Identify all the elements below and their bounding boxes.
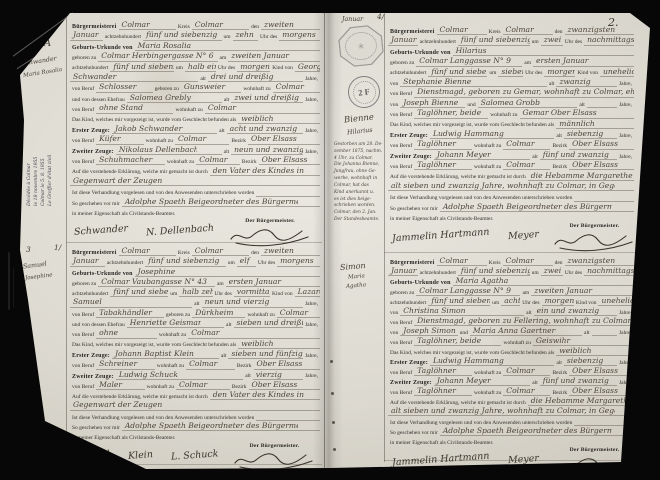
- handwritten-entry: sieben und fünfzig: [228, 350, 303, 359]
- form-line: von BerufDienstmagd, geboren zu Fellerin…: [388, 316, 634, 326]
- rule-line: [298, 429, 320, 431]
- printed-form-text: Auf die vorstehende Erklärung, welche mi…: [70, 395, 210, 401]
- form-line: Erster Zeuge:Ludwig HammangaltsiebenzigJ…: [388, 129, 634, 139]
- handwritten-entry: zwei und dreißig: [231, 94, 303, 103]
- form-line: von BerufTaglöhnerwohnhaft zuColmarBezir…: [388, 139, 634, 149]
- printed-form-text: von: [388, 311, 400, 317]
- handwritten-entry: fünf und siebenzig: [143, 31, 221, 40]
- printed-form-text: Kreis: [487, 30, 503, 36]
- handwritten-entry: Taglöhner: [414, 387, 472, 396]
- form-line: Erster Zeuge:Johann Baptist Kleinaltsieb…: [70, 349, 320, 359]
- handwritten-signature: Jammelin Hartmann: [392, 227, 490, 245]
- form-line: alt sieben und zwanzig Jahre, wohnhaft z…: [388, 406, 634, 416]
- archival-scan: { "meta": { "page_corner_number": "2.", …: [0, 0, 660, 480]
- handwritten-entry: Januar: [388, 267, 418, 276]
- handwritten-entry: morgens: [279, 31, 320, 40]
- form-line: Schwanderaltdrei und dreißigJahre,: [70, 72, 320, 82]
- fold-line: [324, 13, 325, 468]
- printed-form-text: in meiner Eigenschaft als Civilstands-Be…: [388, 217, 495, 223]
- handwritten-entry: Lazard: [295, 288, 320, 297]
- form-line: geboren zuColmar Langgasse N° 9amzweiten…: [388, 286, 634, 296]
- printed-form-text: Jahre,: [303, 302, 320, 308]
- rule-line: [244, 49, 320, 51]
- printed-form-text: Jahre,: [617, 361, 634, 367]
- printed-form-text: von: [388, 331, 400, 337]
- printed-form-text: von Beruf: [70, 333, 96, 339]
- printed-form-text: Ist diese Verhandlung vorgelesen und von…: [388, 421, 574, 427]
- form-line: Ist diese Verhandlung vorgelesen und von…: [70, 186, 320, 196]
- printed-form-text: Jahre,: [617, 311, 634, 317]
- printed-form-text: wohnhaft zu: [157, 333, 188, 339]
- margin-entry-no-right: 4/: [377, 12, 384, 21]
- printed-form-text: in meiner Eigenschaft als Civilstands-Be…: [70, 436, 177, 442]
- form-line: Auf die vorstehende Erklärung, welche mi…: [70, 390, 320, 400]
- handwritten-entry: Ober Elsass: [254, 360, 320, 369]
- form-line: vonStephanie BiennealtzwanzigJahre,: [388, 77, 634, 87]
- handwritten-entry: Adolphe Spaeth Beigeordneter des Bürgerm…: [440, 427, 612, 436]
- margin-name-bienne: Bienne: [344, 112, 375, 125]
- printed-form-text: von Beruf: [70, 160, 96, 166]
- form-line: Geburts-Urkunde vonMaria Rosalia: [70, 41, 320, 51]
- printed-form-text: um: [174, 66, 185, 72]
- handwritten-entry: Adolphe Spaeth Beigeordneter des Bürgerm…: [440, 203, 612, 212]
- rule-line: [289, 285, 320, 287]
- note-line: Décédée à Colmar: [27, 106, 34, 206]
- handwritten-entry: unehelich: [600, 68, 634, 77]
- printed-form-text: Bezirk: [550, 391, 569, 397]
- handwritten-entry: weiblich: [238, 340, 320, 349]
- printed-form-text: alt: [577, 103, 587, 109]
- printed-form-text: So geschehen vor mir: [388, 207, 440, 213]
- printed-form-text: Jahre,: [617, 155, 634, 161]
- printed-form-text: Jahre,: [303, 150, 320, 156]
- rule-line: [195, 101, 222, 103]
- handwritten-entry: Dienstmagd, geboren zu Gemar, wohnhaft z…: [414, 88, 634, 97]
- form-line: geboren zuColmar Langgasse N° 9amersten …: [388, 56, 634, 66]
- form-line: von BerufTabakhändlergeboren zuDürkheimw…: [70, 308, 320, 318]
- handwritten-entry: neun und vierzig: [202, 298, 303, 307]
- form-line: Erster Zeuge:Ludwig HammangaltsiebenzigJ…: [388, 356, 634, 366]
- handwritten-entry: Maria Anna Gaertner: [470, 327, 557, 336]
- printed-form-text: Bezirk: [229, 139, 248, 145]
- birth-record-right-top: BürgermeistereiColmarKreisColmardenzwanz…: [388, 25, 634, 250]
- printed-form-text: Uhr des: [216, 66, 237, 72]
- handwritten-entry: Colmar: [192, 247, 249, 256]
- form-line: BürgermeistereiColmarKreisColmardenzweit…: [70, 20, 320, 30]
- buergermeister-signature-block: Der Bürgermeister.: [228, 219, 312, 247]
- printed-form-label: Zweiter Zeuge:: [70, 374, 116, 380]
- margin-index-letter: A: [44, 38, 51, 49]
- handwritten-entry: nachmittags: [584, 267, 634, 276]
- handwritten-entry: Colmar: [437, 257, 487, 266]
- printed-form-text: und: [458, 331, 470, 337]
- handwritten-entry: fünf und zwanzig: [540, 151, 617, 160]
- handwritten-entry: Gemar Ober Elsass: [520, 109, 604, 118]
- printed-form-text: am: [522, 61, 533, 67]
- buergermeister-signature-flourish: [232, 449, 316, 471]
- handwritten-entry: zehn: [233, 31, 258, 40]
- form-line: Geburts-Urkunde vonHilarius: [388, 46, 634, 56]
- handwritten-entry: Schreiner: [96, 360, 155, 369]
- printed-form-text: achtzehnhundert: [70, 292, 110, 298]
- handwritten-entry: den Vater des Kindes in: [210, 167, 320, 176]
- printed-form-text: alt: [219, 354, 229, 360]
- rule-line: [188, 132, 217, 134]
- register-double-page: 2. Januar 1/ A Schwander Maria Rosalia D…: [0, 0, 660, 480]
- form-line: von Berufohnewohnhaft zuColmar: [70, 328, 320, 338]
- handwritten-entry: Taglöhner: [414, 161, 472, 170]
- handwritten-entry: Ober Elsass: [569, 140, 634, 149]
- rule-line: [615, 189, 634, 191]
- rule-line: [615, 414, 634, 416]
- printed-form-text: Jahre,: [617, 381, 634, 387]
- printed-form-text: Kind von: [270, 66, 295, 72]
- handwritten-entry: Ober Elsass: [569, 161, 634, 170]
- binding-hole: [331, 392, 334, 395]
- handwritten-entry: Taglöhner, beide: [414, 109, 488, 118]
- binding-hole: [330, 360, 333, 363]
- printed-form-text: von Beruf: [70, 313, 96, 319]
- printed-form-text: geboren zu: [153, 87, 181, 93]
- form-line: von BerufDienstmagd, geboren zu Gemar, w…: [388, 87, 634, 97]
- handwritten-entry: Georg: [295, 63, 320, 72]
- handwritten-entry: Taglöhner: [414, 140, 472, 149]
- handwritten-signature: Meyer: [507, 453, 539, 466]
- left-form-rule: [66, 14, 67, 466]
- printed-form-text: alt: [222, 150, 232, 156]
- printed-form-text: alt: [222, 98, 232, 104]
- handwritten-entry: Adolphe Spaeth Beigeordneter des Bürgerm…: [122, 198, 298, 207]
- printed-form-text: Jahre,: [303, 77, 320, 83]
- handwritten-entry: Schlosser: [96, 83, 152, 92]
- handwritten-entry: Dürkheim: [192, 309, 245, 318]
- handwritten-entry: Colmar: [503, 257, 553, 266]
- handwritten-entry: zweiten: [261, 247, 320, 256]
- printed-form-text: Jahre,: [617, 134, 634, 140]
- printed-form-text: Uhr des: [563, 40, 584, 46]
- form-line: achtzehnhundertfünf und siebenzigumachtU…: [388, 296, 634, 306]
- printed-form-text: wohnhaft zu: [173, 108, 204, 114]
- printed-form-text: geboren zu: [70, 282, 98, 288]
- handwritten-entry: morgens: [237, 63, 270, 72]
- form-line: Auf die vorstehende Erklärung, welche mi…: [388, 170, 634, 180]
- signature-row: Jammelin HartmannMeyerDer Bürgermeister.: [388, 224, 634, 250]
- printed-form-text: alt: [524, 311, 534, 317]
- handwritten-entry: fünf und siebenzig: [458, 267, 530, 276]
- handwritten-entry: acht: [501, 297, 520, 306]
- note-line: schrieben worden.: [334, 203, 396, 210]
- printed-form-text: Auf die vorstehende Erklärung, welche mi…: [70, 170, 210, 176]
- handwritten-entry: alt sieben und zwanzig Jahre, wohnhaft z…: [388, 407, 615, 416]
- handwritten-entry: unehelich: [598, 297, 634, 306]
- film-scratch: [8, 252, 10, 310]
- printed-form-text: Jahre,: [617, 82, 634, 88]
- printed-form-text: geboren zu: [70, 56, 98, 62]
- handwritten-entry: zweiten: [261, 21, 320, 30]
- handwritten-entry: Colmar: [503, 26, 553, 35]
- printed-form-text: Kreis: [487, 261, 503, 267]
- printed-form-text: wohnhaft zu: [241, 87, 272, 93]
- form-line: Zweiter Zeuge:Johann Meyeraltfünf und zw…: [388, 150, 634, 160]
- handwritten-entry: Salomea Grobb: [478, 99, 548, 108]
- form-line: geboren zuColmar Vaubangasse N° 43amerst…: [70, 277, 320, 287]
- printed-form-label: Erster Zeuge:: [388, 360, 430, 366]
- handwritten-entry: morgens: [542, 297, 574, 306]
- handwritten-entry: Schwander: [70, 73, 146, 82]
- handwritten-entry: weiblich: [556, 347, 634, 356]
- film-scratch: [13, 268, 14, 308]
- margin-name-josephine: Josephine: [25, 272, 53, 281]
- handwritten-entry: fünf und zwanzig: [540, 377, 617, 386]
- printed-form-text: am: [520, 291, 531, 297]
- printed-form-label: Zweiter Zeuge:: [388, 380, 434, 386]
- form-line: Gegenwart der Zeugen: [70, 176, 320, 186]
- printed-form-text: alt: [554, 361, 564, 367]
- marginal-annotation-note: Gestorben am 28. De-zember 1875, nachm.4…: [334, 142, 396, 224]
- printed-form-text: von Beruf: [388, 92, 414, 98]
- margin-name-samuel: Samuel: [23, 261, 48, 271]
- rule-line: [498, 85, 547, 87]
- form-line: Ist diese Verhandlung vorgelesen und von…: [70, 411, 320, 421]
- record-divider-right: [384, 252, 636, 253]
- right-form-rule: [384, 14, 385, 462]
- printed-form-text: wohnhaft zu: [472, 371, 503, 377]
- printed-form-text: von Beruf: [70, 108, 96, 114]
- printed-form-text: So geschehen vor mir: [70, 426, 122, 432]
- handwritten-entry: Ludwig Hammang: [430, 130, 518, 139]
- handwritten-entry: Johann Meyer: [434, 151, 499, 160]
- printed-form-text: wohnhaft zu: [472, 144, 503, 150]
- handwritten-entry: sieben: [498, 68, 523, 77]
- handwritten-entry: Colmar: [503, 161, 550, 170]
- rule-line: [604, 117, 634, 119]
- printed-form-text: Kind von: [574, 301, 599, 307]
- handwritten-entry: Ober Elsass: [249, 381, 320, 390]
- handwritten-entry: morgens: [544, 68, 575, 77]
- form-line: Das Kind, welches mir vorgezeigt ist, wu…: [70, 339, 320, 349]
- printed-form-text: achtzehnhundert: [105, 261, 145, 267]
- handwritten-entry: männlich: [556, 120, 634, 129]
- note-line: werbe, wohnhaft in: [334, 176, 396, 183]
- form-line: von BerufTaglöhner, beidewohnhaft zuGema…: [388, 108, 634, 118]
- printed-form-text: achtzehnhundert: [388, 71, 428, 77]
- handwritten-entry: Henriette Geismann: [127, 319, 201, 328]
- form-line: Januarachtzehnhundertfünf und siebenzigu…: [388, 35, 634, 45]
- handwritten-entry: Christina Simon: [400, 307, 483, 316]
- handwritten-entry: Colmar Langgasse N° 9: [416, 287, 520, 296]
- printed-form-text: geboren zu: [388, 291, 416, 297]
- printed-form-text: von Beruf: [388, 371, 414, 377]
- printed-form-text: Das Kind, welches mir vorgezeigt ist, wu…: [388, 123, 556, 129]
- handwritten-entry: acht und zwanzig: [227, 125, 303, 134]
- handwritten-entry: Ludwig Schuck: [116, 371, 199, 380]
- birth-record-left-bottom: BürgermeistereiColmarKreisColmardenzweit…: [70, 246, 320, 470]
- form-line: So geschehen vor mirAdolphe Spaeth Beige…: [388, 202, 634, 212]
- form-line: Ist diese Verhandlung vorgelesen und von…: [388, 191, 634, 201]
- rule-line: [587, 106, 617, 108]
- handwritten-entry: den Vater des Kindes in: [210, 391, 320, 400]
- printed-form-text: den: [249, 251, 261, 257]
- printed-form-text: Bezirk: [230, 385, 249, 391]
- printed-form-text: Jahre,: [303, 323, 320, 329]
- handwritten-entry: Stephanie Bienne: [400, 78, 497, 87]
- printed-form-text: und von dessen Ehefrau: [70, 323, 127, 329]
- form-line: in meiner Eigenschaft als Civilstands-Be…: [388, 212, 634, 222]
- handwritten-entry: Johann Meyer: [434, 377, 499, 386]
- printed-form-text: Jahre,: [617, 331, 634, 337]
- printed-form-text: Uhr des: [563, 271, 584, 277]
- rule-line: [612, 434, 634, 436]
- handwritten-entry: Ober Elsass: [569, 367, 634, 376]
- handwritten-entry: Colmar: [503, 387, 550, 396]
- form-line: von BerufTaglöhnerwohnhaft zuColmarBezir…: [388, 366, 634, 376]
- handwritten-entry: ohne: [96, 329, 157, 338]
- printed-form-text: alt: [554, 134, 564, 140]
- printed-form-label: Erster Zeuge:: [70, 128, 112, 134]
- handwritten-entry: Colmar: [175, 135, 229, 144]
- printed-form-text: Ist diese Verhandlung vorgelesen und von…: [70, 416, 256, 422]
- rule-line: [298, 205, 320, 207]
- note-line: Le Greffier d'état civil: [48, 106, 55, 206]
- handwritten-entry: nachmittags: [584, 36, 634, 45]
- printed-form-text: wohnhaft zu: [472, 391, 503, 397]
- printed-form-text: Bezirk: [240, 160, 259, 166]
- handwritten-entry: ersten Januar: [533, 57, 600, 66]
- handwritten-entry: vormittags: [234, 288, 270, 297]
- handwritten-entry: siebenzig: [564, 357, 617, 366]
- printed-form-text: Ist diese Verhandlung vorgelesen und von…: [388, 196, 574, 202]
- margin-name-hilarius: Hilarius: [347, 127, 373, 137]
- rule-line: [199, 378, 243, 380]
- form-line: geboren zuColmar Herbingergasse N° 6amzw…: [70, 51, 320, 61]
- form-line: achtzehnhundertfünf und siebenzigumsiebe…: [388, 67, 634, 77]
- printed-form-text: Kreis: [176, 25, 192, 31]
- printed-form-label: Bürgermeisterei: [388, 29, 437, 35]
- form-line: Ist diese Verhandlung vorgelesen und von…: [388, 416, 634, 426]
- printed-form-text: in meiner Eigenschaft als Civilstands-Be…: [388, 441, 495, 447]
- printed-form-text: um: [530, 271, 541, 277]
- handwritten-entry: Colmar: [277, 309, 320, 318]
- printed-form-text: am: [215, 282, 226, 288]
- printed-form-text: den: [249, 25, 261, 31]
- margin-name-maria-rosalia: Maria Rosalia: [23, 67, 63, 79]
- rule-line: [592, 334, 617, 336]
- printed-form-label: Bürgermeisterei: [70, 24, 119, 30]
- printed-form-text: Das Kind, welches mir vorgezeigt ist, wu…: [70, 118, 238, 124]
- printed-form-text: Uhr des: [520, 301, 541, 307]
- printed-form-text: achtzehnhundert: [418, 40, 458, 46]
- handwritten-signature: Schwander: [74, 224, 129, 239]
- printed-form-label: Geburts-Urkunde von: [388, 280, 453, 286]
- note-line: Gestorben am 28. De-: [334, 142, 396, 149]
- printed-form-text: von Beruf: [70, 385, 96, 391]
- handwritten-entry: Joseph Simon: [400, 327, 457, 336]
- printed-form-text: Das Kind, welches mir vorgezeigt ist, wu…: [388, 351, 556, 357]
- handwritten-entry: Januar: [70, 31, 103, 40]
- handwritten-entry: ein und zwanzig: [534, 307, 617, 316]
- form-line: in meiner Eigenschaft als Civilstands-Be…: [70, 431, 320, 441]
- printed-form-text: den: [553, 30, 565, 36]
- rule-line: [201, 326, 224, 328]
- handwritten-entry: Colmar: [196, 156, 240, 165]
- printed-form-label: Bürgermeisterei: [388, 260, 437, 266]
- death-annotation-vertical: Décédée à Colmarle 18 novembre 1955Colma…: [27, 106, 55, 206]
- handwritten-entry: Januar: [70, 257, 105, 266]
- margin-name-agatha: Agatha: [346, 282, 367, 290]
- rule-line: [194, 357, 219, 359]
- form-line: Gegenwart der Zeugen: [70, 400, 320, 410]
- note-line: es ist dies beige-: [334, 197, 396, 204]
- form-line: So geschehen vor mirAdolphe Spaeth Beige…: [388, 426, 634, 436]
- printed-form-text: Das Kind, welches mir vorgezeigt ist, wu…: [70, 343, 238, 349]
- signature-row: SchwanderN. DellenbachDer Bürgermeister.: [70, 219, 320, 245]
- birth-record-right-bottom: BürgermeistereiColmarKreisColmardenzwanz…: [388, 256, 634, 474]
- printed-form-text: wohnhaft zu: [144, 139, 175, 145]
- printed-form-label: Geburts-Urkunde von: [70, 271, 135, 277]
- printed-form-text: achtzehnhundert: [418, 271, 458, 277]
- handwritten-entry: Johann Baptist Klein: [112, 350, 194, 359]
- form-line: Geburts-Urkunde vonMaria Agatha: [388, 276, 634, 286]
- printed-form-text: von Beruf: [388, 165, 414, 171]
- handwritten-entry: fünf und siebenzig: [110, 288, 168, 297]
- buergermeister-signature-block: Der Bürgermeister.: [232, 444, 316, 472]
- handwritten-entry: Gunsweier: [181, 83, 241, 92]
- handwritten-entry: zweiten Januar: [531, 287, 601, 296]
- handwritten-entry: ohne Stand: [96, 104, 173, 113]
- handwritten-signature: Jammelin Hartmann: [392, 451, 490, 469]
- form-line: So geschehen vor mirAdolphe Spaeth Beige…: [70, 421, 320, 431]
- rule-line: [230, 184, 320, 186]
- handwritten-entry: zwei: [541, 267, 563, 276]
- form-line: Geburts-Urkunde vonJosephine: [70, 267, 320, 277]
- note-line: Colmar le 5. 8. 1955: [41, 106, 48, 206]
- note-line: Colmar, den 2. Jan.: [334, 210, 396, 217]
- printed-form-text: von Beruf: [388, 144, 414, 150]
- printed-form-text: alt: [192, 302, 202, 308]
- printed-form-text: Uhr des: [258, 35, 279, 41]
- printed-form-text: um: [222, 35, 233, 41]
- printed-form-text: alt: [547, 82, 557, 88]
- printed-form-text: Jahre,: [303, 98, 320, 104]
- handwritten-entry: die Hebamme Margarethe Jammelin: [528, 172, 634, 181]
- handwritten-entry: Geiswihr: [533, 337, 591, 346]
- handwritten-entry: siebenzig: [564, 130, 617, 139]
- printed-form-text: von Beruf: [388, 391, 414, 397]
- printed-form-text: achtzehnhundert: [103, 35, 143, 41]
- form-line: von BerufTaglöhnerwohnhaft zuColmarBezir…: [388, 386, 634, 396]
- printed-form-text: wohnhaft zu: [245, 313, 276, 319]
- printed-form-text: wohnhaft zu: [165, 160, 196, 166]
- printed-form-text: von: [388, 82, 400, 88]
- printed-form-label: Zweiter Zeuge:: [70, 149, 116, 155]
- handwritten-entry: Colmar: [176, 381, 230, 390]
- form-line: BürgermeistereiColmarKreisColmardenzweit…: [70, 246, 320, 256]
- handwritten-entry: Colmar: [119, 247, 176, 256]
- form-line: von Berufohne Standwohnhaft zuColmar: [70, 103, 320, 113]
- form-line: Auf die vorstehende Erklärung, welche mi…: [70, 165, 320, 175]
- printed-form-text: Uhr des: [256, 261, 277, 267]
- handwritten-entry: Colmar: [503, 140, 550, 149]
- form-line: von BerufKüferwohnhaft zuColmarBezirkObe…: [70, 134, 320, 144]
- form-line: vonChristina Simonaltein und zwanzigJahr…: [388, 306, 634, 316]
- handwritten-entry: Colmar: [205, 104, 267, 113]
- handwritten-entry: fünf und siebenzig: [428, 297, 490, 306]
- printed-form-text: wohnhaft zu: [488, 113, 519, 119]
- handwritten-entry: Nikolaus Dellenbach: [116, 146, 197, 155]
- handwritten-entry: Colmar: [273, 83, 320, 92]
- handwritten-signature: L. Schuck: [171, 448, 219, 462]
- note-line: Die Johanna Bienne,: [334, 162, 396, 169]
